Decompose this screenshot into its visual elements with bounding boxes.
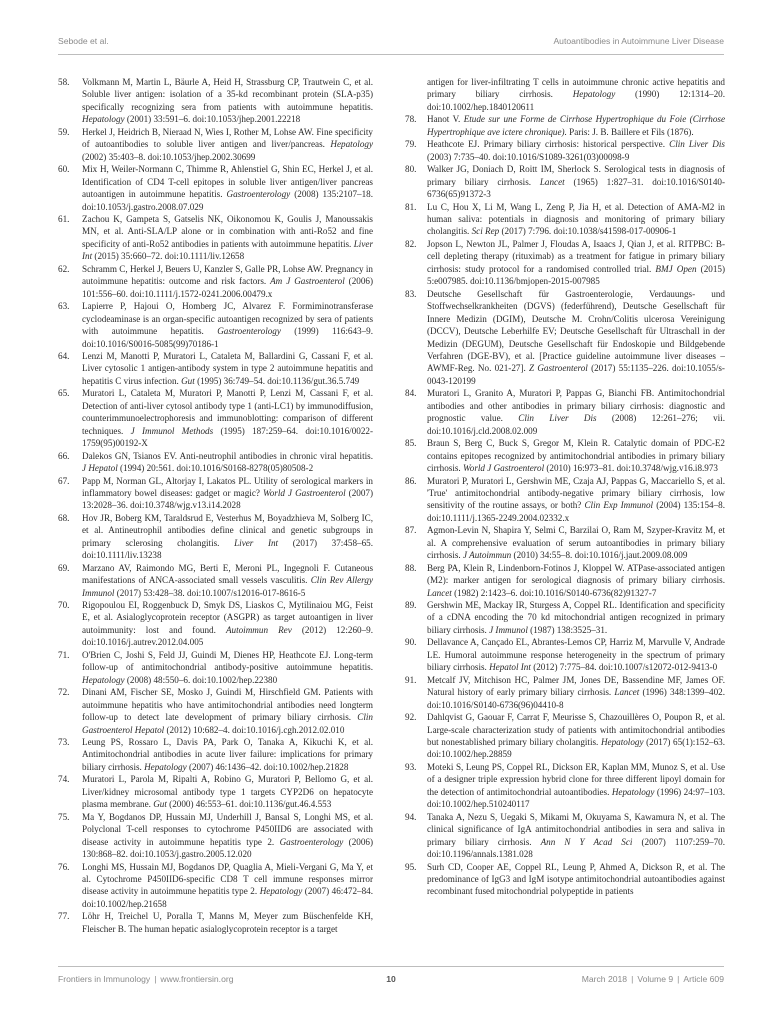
reference-item: 89.Gershwin ME, Mackay IR, Sturgess A, C… [405,599,725,636]
reference-text: Volkmann M, Martin L, Bäurle A, Heid H, … [82,77,373,112]
reference-text: Dinani AM, Fischer SE, Mosko J, Guindi M… [82,687,373,722]
header-article-title: Autoantibodies in Autoimmune Liver Disea… [553,36,724,46]
reference-number: 76. [58,861,69,873]
reference-citation-details: (2007) 46:1436–42. doi:10.1002/hep.21828 [187,762,349,772]
reference-text: Surh CD, Cooper AE, Coppel RL, Leung P, … [427,862,725,897]
reference-item: 84.Muratori L, Granito A, Muratori P, Pa… [405,387,725,437]
reference-citation-details: (2012) 10:682–4. doi:10.1016/j.cgh.2012.… [164,725,344,735]
reference-number: 75. [58,811,69,823]
reference-number: 83. [405,288,416,300]
journal-name: Lancet [540,177,565,187]
reference-number: 66. [58,450,69,462]
reference-number: 63. [58,300,69,312]
journal-name: Hepatology [612,787,655,797]
journal-name: Hepatology [260,886,303,896]
reference-item: 79.Heathcote EJ. Primary biliary cirrhos… [405,138,725,163]
reference-citation-details: (1994) 20:561. doi:10.1016/S0168-8278(05… [118,463,313,473]
footer-rule [58,966,724,967]
reference-text: Deutsche Gesellschaft für Gastroenterolo… [427,289,725,374]
journal-name: Hepatology [573,89,616,99]
footer-volume: Volume 9 [637,974,673,984]
journal-name: Hepatology [82,675,125,685]
reference-number: 88. [405,562,416,574]
reference-item: 81.Lu C, Hou X, Li M, Wang L, Zeng P, Ji… [405,201,725,238]
reference-number: 91. [405,674,416,686]
reference-item: 58.Volkmann M, Martin L, Bäurle A, Heid … [58,76,373,126]
reference-item: 72.Dinani AM, Fischer SE, Mosko J, Guind… [58,686,373,736]
reference-number: 87. [405,524,416,536]
journal-name: BMJ Open [655,264,696,274]
reference-number: 70. [58,599,69,611]
reference-item: 83.Deutsche Gesellschaft für Gastroenter… [405,288,725,388]
reference-item: 62.Schramm C, Herkel J, Beuers U, Kanzle… [58,263,373,300]
reference-citation-details: (2010) 34:55–8. doi:10.1016/j.jaut.2009.… [511,550,687,560]
journal-name: Gastroenterology [280,837,344,847]
reference-number: 58. [58,76,69,88]
journal-name: J Immunol Methods [131,426,214,436]
journal-page: Sebode et al. Autoantibodies in Autoimmu… [0,0,782,1024]
reference-number: 67. [58,475,69,487]
reference-item: 91.Metcalf JV, Mitchison HC, Palmer JM, … [405,674,725,711]
reference-item: 61.Zachou K, Gampeta S, Gatselis NK, Oik… [58,213,373,263]
journal-name: J Autoimmun [463,550,511,560]
reference-citation-details: (2001) 33:591–6. doi:10.1053/jhep.2001.2… [125,114,301,124]
reference-item: 92.Dahlqvist G, Gaouar F, Carrat F, Meur… [405,711,725,761]
reference-number: 71. [58,649,69,661]
reference-item: 59.Herkel J, Heidrich B, Nieraad N, Wies… [58,126,373,163]
references-left-column: 58.Volkmann M, Martin L, Bäurle A, Heid … [58,76,373,935]
reference-item: 64.Lenzi M, Manotti P, Muratori L, Catal… [58,350,373,387]
journal-name: Autoimmun Rev [226,625,292,635]
reference-number: 79. [405,138,416,150]
reference-number: 86. [405,475,416,487]
reference-item: 78.Hanot V. Etude sur une Forme de Cirrh… [405,113,725,138]
reference-number: 60. [58,163,69,175]
reference-citation-details: Paris: J. B. Baillere et Fils (1876). [567,127,694,137]
reference-item: 82.Jopson L, Newton JL, Palmer J, Flouda… [405,238,725,288]
reference-number: 69. [58,562,69,574]
header-rule [58,54,724,55]
reference-number: 92. [405,711,416,723]
reference-item: 74.Muratori L, Parola M, Ripalti A, Robi… [58,773,373,810]
reference-item: 73.Leung PS, Rossaro L, Davis PA, Park O… [58,736,373,773]
reference-text: Heathcote EJ. Primary biliary cirrhosis:… [427,139,669,149]
reference-item: 71.O'Brien C, Joshi S, Feld JJ, Guindi M… [58,649,373,686]
reference-number: 95. [405,861,416,873]
reference-number: 84. [405,387,416,399]
journal-name: Gut [153,799,167,809]
reference-item: 67.Papp M, Norman GL, Altorjay I, Lakato… [58,475,373,512]
reference-number: 73. [58,736,69,748]
reference-item: 76.Longhi MS, Hussain MJ, Bogdanos DP, Q… [58,861,373,911]
reference-item: 68.Hov JR, Boberg KM, Taraldsrud E, Vest… [58,512,373,562]
references-right-column: antigen for liver-infiltrating T cells i… [405,76,725,898]
reference-number: 61. [58,213,69,225]
reference-number: 89. [405,599,416,611]
journal-name: Hepatol Int [489,662,531,672]
running-header: Sebode et al. Autoantibodies in Autoimmu… [58,36,724,48]
reference-citation-details: (2015) 35:660–72. doi:10.1111/liv.12658 [92,251,244,261]
reference-text: O'Brien C, Joshi S, Feld JJ, Guindi M, D… [82,650,373,672]
reference-item: 88.Berg PA, Klein R, Lindenborn-Fotinos … [405,562,725,599]
reference-item: 77.Löhr H, Treichel U, Poralla T, Manns … [58,910,373,935]
reference-number: 59. [58,126,69,138]
reference-citation-details: (1995) 36:749–54. doi:10.1136/gut.36.5.7… [195,376,359,386]
journal-name: Clin Liver Dis [518,413,596,423]
reference-citation-details: (2000) 46:553–61. doi:10.1136/gut.46.4.5… [167,799,331,809]
journal-name: Clin Exp Immunol [584,500,653,510]
journal-name: Hepatology [144,762,187,772]
footer-right: March 2018|Volume 9|Article 609 [582,974,724,984]
journal-name: J Immunol [489,625,528,635]
footer-date: March 2018 [582,974,627,984]
journal-name: Hepatology [82,114,125,124]
reference-item: 86.Muratori P, Muratori L, Gershwin ME, … [405,475,725,525]
reference-item: 85.Braun S, Berg C, Buck S, Gregor M, Kl… [405,437,725,474]
reference-number: 65. [58,387,69,399]
journal-name: Ann N Y Acad Sci [541,837,633,847]
reference-text: Löhr H, Treichel U, Poralla T, Manns M, … [82,911,373,933]
reference-item: 80.Walker JG, Doniach D, Roitt IM, Sherl… [405,163,725,200]
reference-item: 95.Surh CD, Cooper AE, Coppel RL, Leung … [405,861,725,898]
reference-citation-details: (1982) 2:1423–6. doi:10.1016/S0140-6736(… [452,588,657,598]
reference-text: Hanot V. [427,114,464,124]
reference-number: 77. [58,910,69,922]
reference-number: 62. [58,263,69,275]
journal-name: World J Gastroenterol [463,463,544,473]
journal-name: Hepatology [601,737,644,747]
reference-text: Dalekos GN, Tsianos EV. Anti-neutrophil … [82,451,373,461]
reference-77-continuation: antigen for liver-infiltrating T cells i… [405,76,725,113]
reference-number: 74. [58,773,69,785]
journal-name: Clin Liver Dis [669,139,725,149]
journal-name: J Hepatol [82,463,118,473]
reference-item: 87.Agmon-Levin N, Shapira Y, Selmi C, Ba… [405,524,725,561]
reference-item: 60.Mix H, Weiler-Normann C, Thimme R, Ah… [58,163,373,213]
page-footer: Frontiers in Immunology|www.frontiersin.… [58,974,724,986]
journal-name: Gastroenterology [217,326,281,336]
reference-number: 72. [58,686,69,698]
reference-item: 93.Moteki S, Leung PS, Coppel RL, Dickso… [405,761,725,811]
reference-number: 80. [405,163,416,175]
reference-item: 94.Tanaka A, Nezu S, Uegaki S, Mikami M,… [405,811,725,861]
reference-number: 68. [58,512,69,524]
journal-name: Lancet [614,687,639,697]
journal-name: Gut [181,376,195,386]
reference-number: 85. [405,437,416,449]
reference-number: 94. [405,811,416,823]
reference-item: 63.Lapierre P, Hajoui O, Homberg JC, Alv… [58,300,373,350]
reference-item: 69.Marzano AV, Raimondo MG, Berti E, Mer… [58,562,373,599]
reference-number: 81. [405,201,416,213]
reference-number: 93. [405,761,416,773]
reference-citation-details: (2012) 7:775–84. doi:10.1007/s12072-012-… [531,662,717,672]
reference-citation-details: (2010) 16:973–81. doi:10.3748/wjg.v16.i8… [544,463,718,473]
reference-item: 90.Dellavance A, Cançado EL, Abrantes-Le… [405,636,725,673]
journal-name: World J Gastroenterol [263,488,346,498]
reference-number: 82. [405,238,416,250]
reference-item: 70.Rigopoulou EI, Roggenbuck D, Smyk DS,… [58,599,373,649]
reference-number: 64. [58,350,69,362]
reference-number: 78. [405,113,416,125]
reference-citation-details: (2017) 7:796. doi:10.1038/s41598-017-009… [499,226,676,236]
header-authors: Sebode et al. [58,36,109,46]
journal-name: Sci Rep [472,226,500,236]
reference-item: 65.Muratori L, Cataleta M, Muratori P, M… [58,387,373,449]
journal-name: Am J Gastroenterol [270,276,345,286]
reference-citation-details: (1987) 138:3525–31. [528,625,607,635]
reference-citation-details: (2017) 53:428–38. doi:10.1007/s12016-017… [114,588,305,598]
journal-name: Liver Int [234,538,278,548]
reference-item: 66.Dalekos GN, Tsianos EV. Anti-neutroph… [58,450,373,475]
reference-item: 75.Ma Y, Bogdanos DP, Hussain MJ, Underh… [58,811,373,861]
footer-article: Article 609 [683,974,724,984]
reference-number: 90. [405,636,416,648]
reference-text: Zachou K, Gampeta S, Gatselis NK, Oikono… [82,214,373,249]
journal-name: Z Gastroenterol [529,363,588,373]
reference-citation-details: (2002) 35:403–8. doi:10.1053/jhep.2002.3… [82,152,255,162]
reference-text: Berg PA, Klein R, Lindenborn-Fotinos J, … [427,563,725,585]
journal-name: Lancet [427,588,452,598]
reference-citation-details: (2008) 48:550–6. doi:10.1002/hep.22380 [125,675,278,685]
reference-citation-details: (2003) 7:735–40. doi:10.1016/S1089-3261(… [427,152,629,162]
journal-name: Hepatology [330,139,373,149]
journal-name: Gastroenterology [227,189,291,199]
